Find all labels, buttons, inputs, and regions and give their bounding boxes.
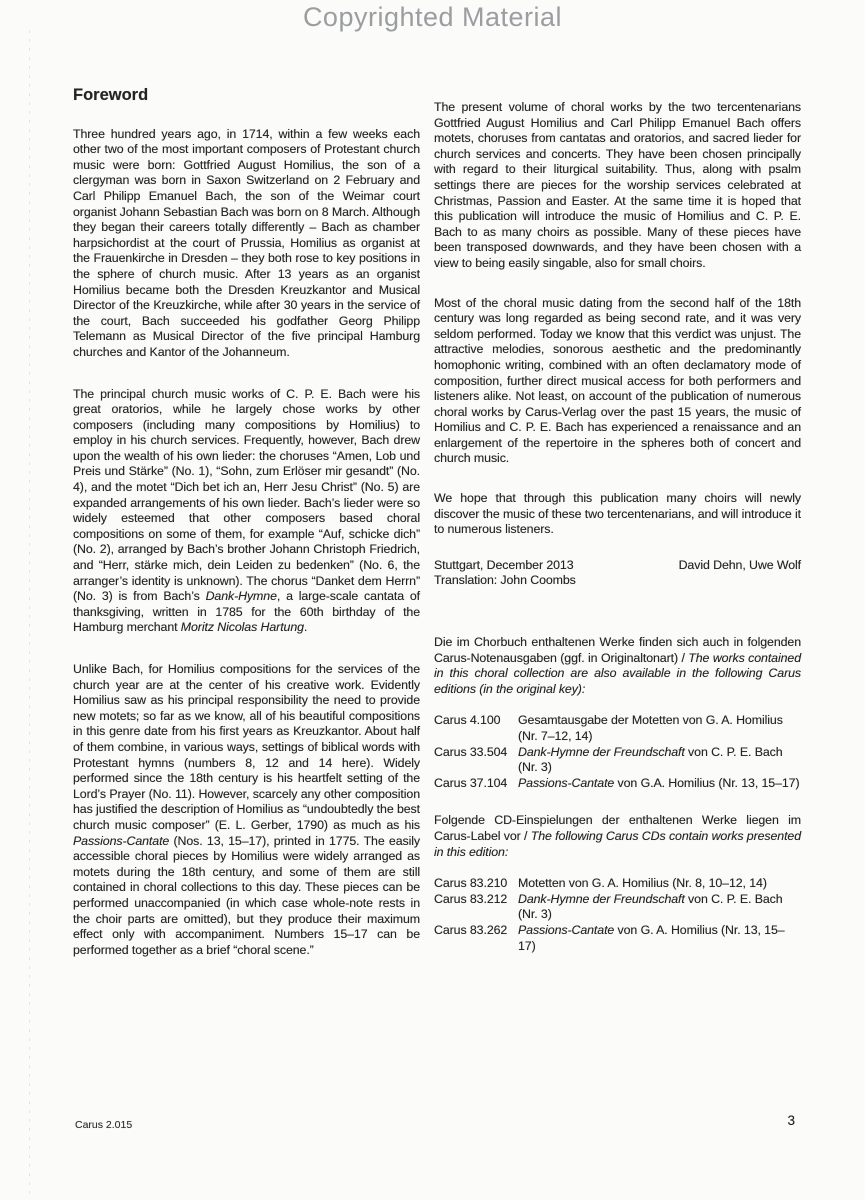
cd-row: Carus 83.262 Passions-Cantate von G. A. …	[434, 923, 801, 954]
edition-number: Carus 37.104	[434, 776, 518, 792]
foreword-paragraph-1: Three hundred years ago, in 1714, within…	[73, 127, 420, 361]
signature-block: Stuttgart, December 2013 David Dehn, Uwe…	[434, 558, 801, 589]
cd-description: Passions-Cantate von G. A. Homilius (Nr.…	[518, 923, 801, 954]
translation-credit: Translation: John Coombs	[434, 573, 801, 589]
cd-note: Folgende CD-Einspielungen der enthaltene…	[434, 813, 801, 860]
page-number: 3	[787, 1113, 795, 1128]
edition-number: Carus 4.100	[434, 713, 518, 744]
cd-list: Carus 83.210 Motetten von G. A. Homilius…	[434, 876, 801, 954]
right-column: The present volume of choral works by th…	[434, 100, 801, 954]
foreword-paragraph-5: Most of the choral music dating from the…	[434, 296, 801, 468]
cd-row: Carus 83.212 Dank-Hymne der Freundschaft…	[434, 892, 801, 923]
left-column: Foreword Three hundred years ago, in 171…	[73, 88, 420, 984]
foreword-paragraph-4: The present volume of choral works by th…	[434, 100, 801, 272]
edition-description: Dank-Hymne der Freundschaft von C. P. E.…	[518, 745, 801, 776]
cd-description: Dank-Hymne der Freundschaft von C. P. E.…	[518, 892, 801, 923]
edition-description: Gesamtausgabe der Motetten von G. A. Hom…	[518, 713, 801, 744]
edition-number: Carus 33.504	[434, 745, 518, 776]
cd-number: Carus 83.212	[434, 892, 518, 923]
cd-number: Carus 83.210	[434, 876, 518, 892]
signature-names: David Dehn, Uwe Wolf	[679, 558, 801, 574]
scan-edge-artifact	[29, 30, 30, 1200]
page-title: Foreword	[73, 88, 420, 104]
edition-description: Passions-Cantate von G.A. Homilius (Nr. …	[518, 776, 801, 792]
cd-description: Motetten von G. A. Homilius (Nr. 8, 10–1…	[518, 876, 801, 892]
editions-list: Carus 4.100 Gesamtausgabe der Motetten v…	[434, 713, 801, 791]
copyright-watermark: Copyrighted Material	[0, 2, 865, 33]
foreword-paragraph-6: We hope that through this publication ma…	[434, 491, 801, 538]
edition-row: Carus 37.104 Passions-Cantate von G.A. H…	[434, 776, 801, 792]
editions-note: Die im Chorbuch enthaltenen Werke finden…	[434, 635, 801, 697]
foreword-paragraph-3: Unlike Bach, for Homilius compositions f…	[73, 662, 420, 958]
cd-number: Carus 83.262	[434, 923, 518, 954]
edition-row: Carus 4.100 Gesamtausgabe der Motetten v…	[434, 713, 801, 744]
signature-place-date: Stuttgart, December 2013	[434, 558, 573, 574]
footer-catalog-number: Carus 2.015	[75, 1119, 132, 1131]
edition-row: Carus 33.504 Dank-Hymne der Freundschaft…	[434, 745, 801, 776]
foreword-paragraph-2: The principal church music works of C. P…	[73, 387, 420, 637]
cd-row: Carus 83.210 Motetten von G. A. Homilius…	[434, 876, 801, 892]
